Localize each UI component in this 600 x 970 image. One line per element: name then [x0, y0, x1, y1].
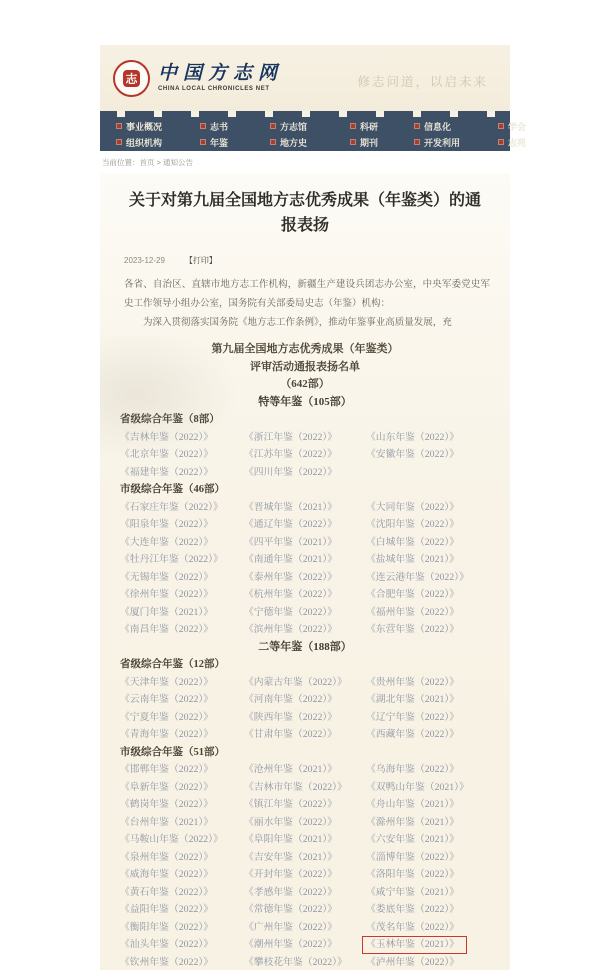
yearbook-item: 《宁德年鉴（2022）》: [244, 604, 343, 622]
yearbook-item: 《石家庄年鉴（2022）》: [120, 499, 229, 517]
yearbook-item: 《常德年鉴（2022）》: [244, 901, 343, 919]
yearbook-item: 《厦门年鉴（2021）》: [120, 604, 219, 622]
yearbook-item: 《山东年鉴（2022）》: [366, 429, 465, 447]
nav-item-label: 志苑: [508, 136, 526, 149]
yearbook-item: 《大同年鉴（2022）》: [366, 499, 465, 517]
yearbook-item: 《阳泉年鉴（2022）》: [120, 516, 219, 534]
yearbook-item: 《衡阳年鉴（2022）》: [120, 919, 219, 937]
yearbook-item: 《连云港年鉴（2022）》: [366, 569, 475, 587]
yearbook-item: 《青海年鉴（2022）》: [120, 726, 219, 744]
yearbook-item: 《鹤岗年鉴（2022）》: [120, 796, 219, 814]
yearbook-item: 《沈阳年鉴（2022）》: [366, 516, 465, 534]
nav-item[interactable]: 组织机构: [116, 136, 200, 149]
yearbook-item: 《福州年鉴（2022）》: [366, 604, 465, 622]
yearbook-item: 《大连年鉴（2022）》: [120, 534, 219, 552]
yearbook-item: 《攀枝花年鉴（2022）》: [244, 954, 353, 970]
yearbook-item: 《泸州年鉴（2022）》: [366, 954, 465, 970]
logo-seal-glyph: 志: [123, 70, 140, 87]
nav-bullet-icon: [116, 123, 122, 129]
logo-subtitle: CHINA LOCAL CHRONICLES NET: [158, 86, 283, 92]
yearbook-item: 《合肥年鉴（2022）》: [366, 586, 465, 604]
yearbook-item: 《广州年鉴（2022）》: [244, 919, 343, 937]
nav-item[interactable]: 地方史: [270, 136, 350, 149]
yearbook-item: 《甘肃年鉴（2022）》: [244, 726, 343, 744]
site-logo[interactable]: 志 中国方志网 CHINA LOCAL CHRONICLES NET: [113, 60, 283, 97]
yearbook-item: 《邯郸年鉴（2022）》: [120, 761, 219, 779]
yearbook-item: 《福建年鉴（2022）》: [120, 464, 219, 482]
article-date: 2023-12-29: [124, 256, 165, 265]
grade-heading: 二等年鉴（188部）: [100, 639, 510, 657]
yearbook-item: 《杭州年鉴（2022）》: [244, 586, 343, 604]
yearbook-item: 《孝感年鉴（2022）》: [244, 884, 343, 902]
logo-text: 中国方志网 CHINA LOCAL CHRONICLES NET: [158, 64, 283, 92]
site-header: 志 中国方志网 CHINA LOCAL CHRONICLES NET 修志问道，…: [100, 45, 510, 111]
yearbook-item: 《白城年鉴（2022）》: [366, 534, 465, 552]
yearbook-item: 《四川年鉴（2022）》: [244, 464, 343, 482]
yearbook-item: 《云南年鉴（2022）》: [120, 691, 219, 709]
yearbook-item: 《贵州年鉴（2022）》: [366, 674, 465, 692]
nav-bullet-icon: [350, 123, 356, 129]
nav-bullet-icon: [498, 139, 504, 145]
nav-item[interactable]: 年鉴: [200, 136, 270, 149]
logo-title: 中国方志网: [158, 64, 283, 84]
nav-item[interactable]: 事业概况: [116, 120, 200, 133]
nav-item[interactable]: 学会: [498, 120, 526, 133]
yearbook-item: 《益阳年鉴（2022）》: [120, 901, 219, 919]
nav-bullet-icon: [270, 123, 276, 129]
yearbook-item: 《滨州年鉴（2022）》: [244, 621, 343, 639]
nav-bullet-icon: [414, 139, 420, 145]
nav-bullet-icon: [270, 139, 276, 145]
article-meta: 2023-12-29 【打印】: [100, 246, 510, 276]
nav-item[interactable]: 科研: [350, 120, 414, 133]
yearbook-item: 《南昌年鉴（2022）》: [120, 621, 219, 639]
nav-item[interactable]: 志苑: [498, 136, 526, 149]
grade-heading: 特等年鉴（105部）: [100, 394, 510, 412]
nav-item-label: 方志馆: [280, 120, 307, 133]
site-container: 志 中国方志网 CHINA LOCAL CHRONICLES NET 修志问道，…: [100, 45, 510, 970]
yearbook-grid: 《吉林年鉴（2022）》《浙江年鉴（2022）》《山东年鉴（2022）》《北京年…: [120, 429, 504, 482]
yearbook-item: 《泉州年鉴（2022）》: [120, 849, 219, 867]
nav-item-label: 地方史: [280, 136, 307, 149]
nav-bullet-icon: [414, 123, 420, 129]
nav-item-label: 志书: [210, 120, 228, 133]
subsection-heading: 市级综合年鉴（46部）: [120, 481, 510, 499]
yearbook-grid: 《天津年鉴（2022）》《内蒙古年鉴（2022）》《贵州年鉴（2022）》《云南…: [120, 674, 504, 744]
yearbook-item: 《娄底年鉴（2022）》: [366, 901, 465, 919]
doc-title-line2: 评审活动通报表扬名单: [100, 359, 510, 377]
breadcrumb[interactable]: 当前位置：首页 > 通知公告: [100, 151, 193, 173]
yearbook-item: 《通辽年鉴（2022）》: [244, 516, 343, 534]
yearbook-item-highlighted: 《玉林年鉴（2021）》: [366, 936, 465, 954]
nav-item[interactable]: 信息化: [414, 120, 498, 133]
nav-row-2: 组织机构年鉴地方史期刊开发利用志苑: [100, 134, 510, 150]
yearbook-item: 《钦州年鉴（2022）》: [120, 954, 219, 970]
yearbook-item: 《双鸭山年鉴（2021）》: [366, 779, 475, 797]
nav-bullet-icon: [200, 139, 206, 145]
yearbook-item: 《四平年鉴（2021）》: [244, 534, 343, 552]
yearbook-item: 《南通年鉴（2021）》: [244, 551, 343, 569]
yearbook-item: 《宁夏年鉴（2022）》: [120, 709, 219, 727]
yearbook-item: 《吉林市年鉴（2022）》: [244, 779, 353, 797]
yearbook-item: 《浙江年鉴（2022）》: [244, 429, 343, 447]
nav-bullet-icon: [350, 139, 356, 145]
yearbook-item: 《淄博年鉴（2022）》: [366, 849, 465, 867]
yearbook-item: 《西藏年鉴（2022）》: [366, 726, 465, 744]
nav-item[interactable]: 期刊: [350, 136, 414, 149]
yearbook-item: 《无锡年鉴（2022）》: [120, 569, 219, 587]
yearbook-item: 《舟山年鉴（2021）》: [366, 796, 465, 814]
doc-blocks: 特等年鉴（105部）省级综合年鉴（8部）《吉林年鉴（2022）》《浙江年鉴（20…: [100, 394, 510, 970]
yearbook-item: 《东营年鉴（2022）》: [366, 621, 465, 639]
nav-item-label: 年鉴: [210, 136, 228, 149]
yearbook-item: 《天津年鉴（2022）》: [120, 674, 219, 692]
yearbook-item: 《沧州年鉴（2021）》: [244, 761, 343, 779]
nav-item-label: 信息化: [424, 120, 451, 133]
main-nav: 事业概况志书方志馆科研信息化学会 组织机构年鉴地方史期刊开发利用志苑: [100, 111, 510, 151]
yearbook-item: 《陕西年鉴（2022）》: [244, 709, 343, 727]
article-title: 关于对第九届全国地方志优秀成果（年鉴类）的通报表扬: [100, 173, 510, 246]
logo-seal-icon: 志: [113, 60, 150, 97]
nav-item[interactable]: 方志馆: [270, 120, 350, 133]
yearbook-item: 《开封年鉴（2022）》: [244, 866, 343, 884]
doc-title-line3: （642部）: [100, 376, 510, 394]
yearbook-item: 《北京年鉴（2022）》: [120, 446, 219, 464]
yearbook-item: 《洛阳年鉴（2022）》: [366, 866, 465, 884]
nav-item-label: 事业概况: [126, 120, 162, 133]
subsection-heading: 省级综合年鉴（8部）: [120, 411, 510, 429]
yearbook-item: 《徐州年鉴（2022）》: [120, 586, 219, 604]
nav-notch-decoration: [102, 111, 510, 117]
yearbook-item: 《晋城年鉴（2021）》: [244, 499, 343, 517]
yearbook-item: 《丽水年鉴（2022）》: [244, 814, 343, 832]
yearbook-item: 《湖北年鉴（2021）》: [366, 691, 465, 709]
nav-item-label: 期刊: [360, 136, 378, 149]
yearbook-item: 《河南年鉴（2022）》: [244, 691, 343, 709]
yearbook-item: 《牡丹江年鉴（2022）》: [120, 551, 229, 569]
print-button[interactable]: 【打印】: [185, 255, 217, 266]
yearbook-item: 《江苏年鉴（2022）》: [244, 446, 343, 464]
nav-item[interactable]: 开发利用: [414, 136, 498, 149]
subsection-heading: 省级综合年鉴（12部）: [120, 656, 510, 674]
yearbook-item: 《内蒙古年鉴（2022）》: [244, 674, 353, 692]
nav-bullet-icon: [116, 139, 122, 145]
yearbook-item: 《镇江年鉴（2022）》: [244, 796, 343, 814]
nav-item-label: 学会: [508, 120, 526, 133]
yearbook-item: 《安徽年鉴（2022）》: [366, 446, 465, 464]
award-list-document: 第九届全国地方志优秀成果（年鉴类） 评审活动通报表扬名单 （642部） 特等年鉴…: [100, 341, 510, 970]
article-paragraph-body: 为深入贯彻落实国务院《地方志工作条例》，推动年鉴事业高质量发展，充: [124, 314, 490, 333]
yearbook-item: 《乌海年鉴（2022）》: [366, 761, 465, 779]
yearbook-item: 《台州年鉴（2021）》: [120, 814, 219, 832]
nav-bullet-icon: [498, 123, 504, 129]
nav-item-label: 组织机构: [126, 136, 162, 149]
article-paragraph-salutation: 各省、自治区、直辖市地方志工作机构，新疆生产建设兵团志办公室，中央军委党史军史工…: [124, 276, 490, 314]
yearbook-item: 《吉安年鉴（2021）》: [244, 849, 343, 867]
header-watermark: 修志问道，以启未来: [357, 72, 488, 90]
yearbook-grid: 《石家庄年鉴（2022）》《晋城年鉴（2021）》《大同年鉴（2022）》《阳泉…: [120, 499, 504, 639]
nav-bullet-icon: [200, 123, 206, 129]
nav-item[interactable]: 志书: [200, 120, 270, 133]
subsection-heading: 市级综合年鉴（51部）: [120, 744, 510, 762]
yearbook-item: 《咸宁年鉴（2021）》: [366, 884, 465, 902]
yearbook-item: 《马鞍山年鉴（2022）》: [120, 831, 229, 849]
yearbook-item: 《盐城年鉴（2021）》: [366, 551, 465, 569]
yearbook-item: 《阜新年鉴（2022）》: [120, 779, 219, 797]
nav-item-label: 科研: [360, 120, 378, 133]
yearbook-item: 《汕头年鉴（2022）》: [120, 936, 219, 954]
yearbook-item: 《威海年鉴（2022）》: [120, 866, 219, 884]
doc-title-line1: 第九届全国地方志优秀成果（年鉴类）: [100, 341, 510, 359]
nav-item-label: 开发利用: [424, 136, 460, 149]
page: 志 中国方志网 CHINA LOCAL CHRONICLES NET 修志问道，…: [0, 0, 600, 970]
yearbook-item: 《阜阳年鉴（2021）》: [244, 831, 343, 849]
yearbook-item: 《吉林年鉴（2022）》: [120, 429, 219, 447]
yearbook-item: 《泰州年鉴（2022）》: [244, 569, 343, 587]
yearbook-item: 《茂名年鉴（2022）》: [366, 919, 465, 937]
yearbook-item: 《滁州年鉴（2021）》: [366, 814, 465, 832]
yearbook-item: 《黄石年鉴（2022）》: [120, 884, 219, 902]
yearbook-grid: 《邯郸年鉴（2022）》《沧州年鉴（2021）》《乌海年鉴（2022）》《阜新年…: [120, 761, 504, 970]
yearbook-item: 《辽宁年鉴（2022）》: [366, 709, 465, 727]
yearbook-item: 《潮州年鉴（2022）》: [244, 936, 343, 954]
article: 关于对第九届全国地方志优秀成果（年鉴类）的通报表扬 2023-12-29 【打印…: [100, 173, 510, 970]
yearbook-item: 《六安年鉴（2021）》: [366, 831, 465, 849]
